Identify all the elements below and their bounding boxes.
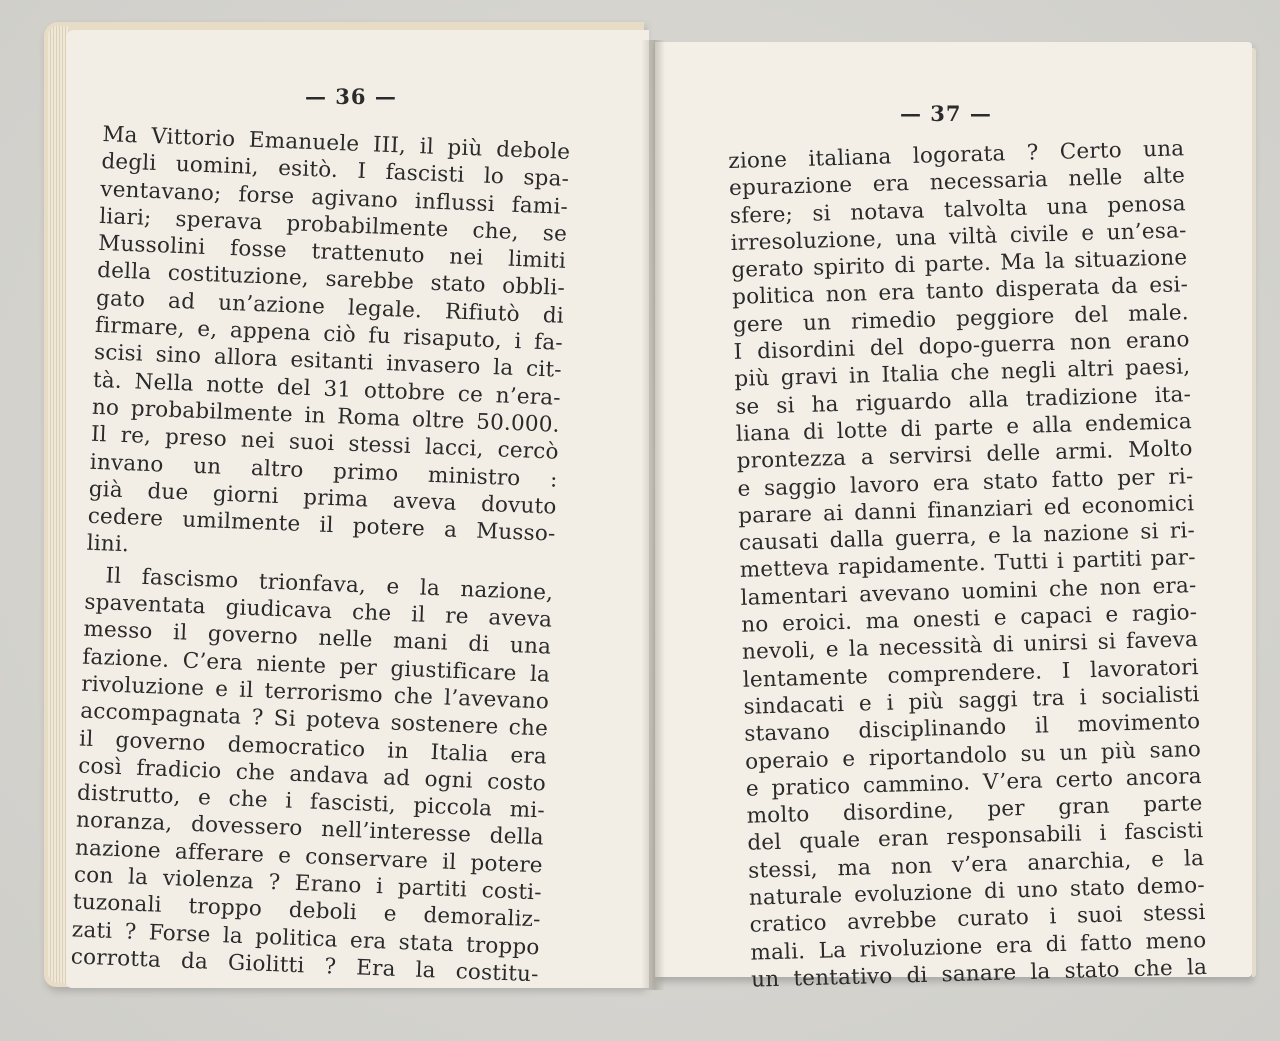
right-page-text: zione italiana logorata ? Certo unaepura… bbox=[728, 135, 1207, 994]
page-number-left: — 36 — bbox=[305, 84, 397, 109]
left-page-text: Ma Vittorio Emanuele III, il più deboled… bbox=[70, 121, 570, 989]
page-number-right: — 37 — bbox=[900, 101, 992, 126]
book-gutter bbox=[641, 40, 665, 990]
